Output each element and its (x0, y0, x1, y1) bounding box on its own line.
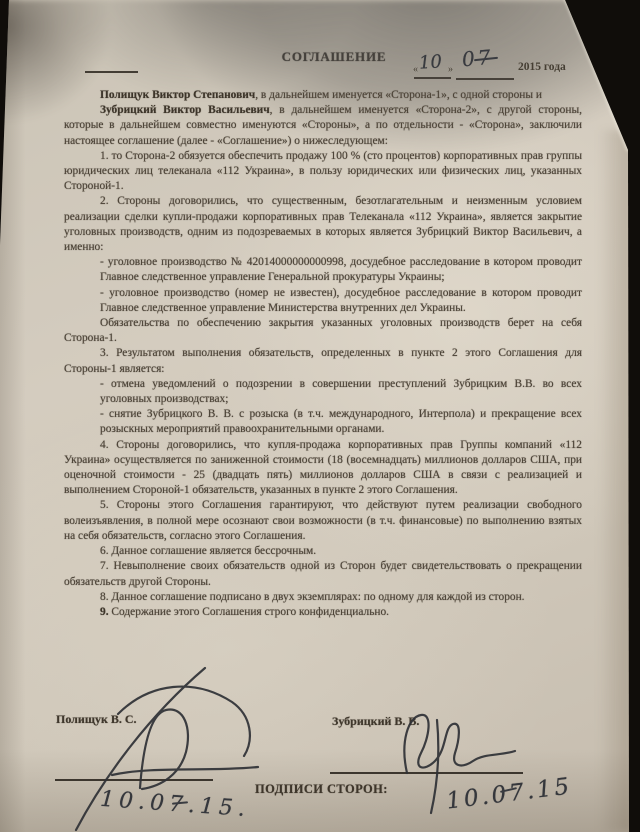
signature-party2 (404, 715, 515, 773)
paragraph: - уголовное производство № 4201400000000… (100, 255, 582, 285)
document-body: Полищук Виктор Степанович, в дальнейшем … (0, 88, 640, 620)
paragraph: - уголовное производство (номер не извес… (100, 286, 582, 316)
signature-party2 (431, 720, 438, 813)
paragraph: Полищук Виктор Степанович, в дальнейшем … (64, 88, 582, 103)
paragraph: 2. Стороны договорились, что существенны… (64, 194, 582, 255)
party1-signature-line (55, 779, 213, 781)
open-quote: « (413, 64, 418, 75)
paragraph-text: Содержание этого Соглашения строго конфи… (109, 606, 389, 618)
month-underline (456, 78, 514, 80)
date-line: « 10 » 07 2015 года (410, 44, 610, 84)
paragraph: Зубрицкий Виктор Васильевич, в дальнейше… (64, 103, 582, 149)
party2-handwritten-date: 10.07.15 (445, 773, 574, 814)
paragraph-text: 5. Стороны этого Соглашения гарантируют,… (64, 499, 582, 541)
paragraph-text: 3. Результатом выполнения обязательств, … (64, 347, 582, 374)
document-photo: СОГЛАШЕНИЕ « 10 » 07 2015 года Полищук В… (0, 0, 640, 832)
paragraph-text: 4. Стороны договорились, что купля-прода… (64, 439, 582, 497)
paragraph: 8. Данное соглашение подписано в двух эк… (64, 590, 582, 605)
day-underline (414, 77, 451, 79)
paragraph: - отмена уведомлений о подозрении в сове… (100, 377, 582, 407)
party1-name: Полищук В. С. (56, 712, 137, 727)
paragraph: 9. Содержание этого Соглашения строго ко… (64, 605, 582, 620)
paragraph-text: 2. Стороны договорились, что существенны… (64, 195, 582, 253)
paragraph-lead: Полищук Виктор Степанович (100, 89, 255, 101)
paragraph-text: - снятие Зубрицкого В. В. с розыска (в т… (100, 408, 582, 435)
signature-party1 (118, 687, 250, 756)
blank-underline (85, 71, 138, 73)
paragraph: 4. Стороны договорились, что купля-прода… (64, 438, 582, 499)
close-quote: » (448, 64, 453, 75)
paragraph-lead: Зубрицкий Виктор Васильевич (100, 104, 270, 116)
paragraph: Обязательства по обеспечению закрытия ук… (64, 316, 582, 346)
paragraph: 3. Результатом выполнения обязательств, … (64, 346, 582, 376)
paragraph-text: - уголовное производство № 4201400000000… (100, 256, 582, 283)
paragraph-text: 1. то Сторона-2 обязуется обеспечить про… (64, 150, 582, 192)
paragraph-text: - уголовное производство (номер не извес… (100, 287, 582, 314)
paragraph-text: Обязательства по обеспечению закрытия ук… (64, 317, 582, 344)
party2-name: Зубрицкий В. В. (332, 714, 419, 729)
handwritten-day: 10 (418, 51, 442, 74)
signature-party1 (140, 710, 188, 789)
paragraph-lead: 9. (100, 606, 109, 618)
party2-signature-line (330, 772, 523, 774)
paragraph-text: 6. Данное соглашение является бессрочным… (100, 545, 316, 557)
signature-party1 (112, 767, 258, 775)
paragraph-text: - отмена уведомлений о подозрении в сове… (100, 378, 582, 405)
paragraph-text: , в дальнейшем именуется «Сторона-1», с … (255, 89, 542, 101)
signatures-label: ПОДПИСИ СТОРОН: (255, 782, 388, 797)
year-label: 2015 года (518, 61, 566, 73)
paragraph-text: 8. Данное соглашение подписано в двух эк… (100, 591, 525, 603)
paragraph: 5. Стороны этого Соглашения гарантируют,… (64, 498, 582, 544)
paragraph: 6. Данное соглашение является бессрочным… (64, 544, 582, 559)
party1-handwritten-date: 10.07.15. (99, 787, 250, 822)
paragraph: - снятие Зубрицкого В. В. с розыска (в т… (100, 407, 582, 437)
paragraph: 7. Невыполнение своих обязательств одной… (64, 559, 582, 589)
paragraph-text: 7. Невыполнение своих обязательств одной… (64, 560, 582, 587)
paper-sheet: СОГЛАШЕНИЕ « 10 » 07 2015 года Полищук В… (0, 0, 640, 832)
paragraph: 1. то Сторона-2 обязуется обеспечить про… (64, 149, 582, 195)
